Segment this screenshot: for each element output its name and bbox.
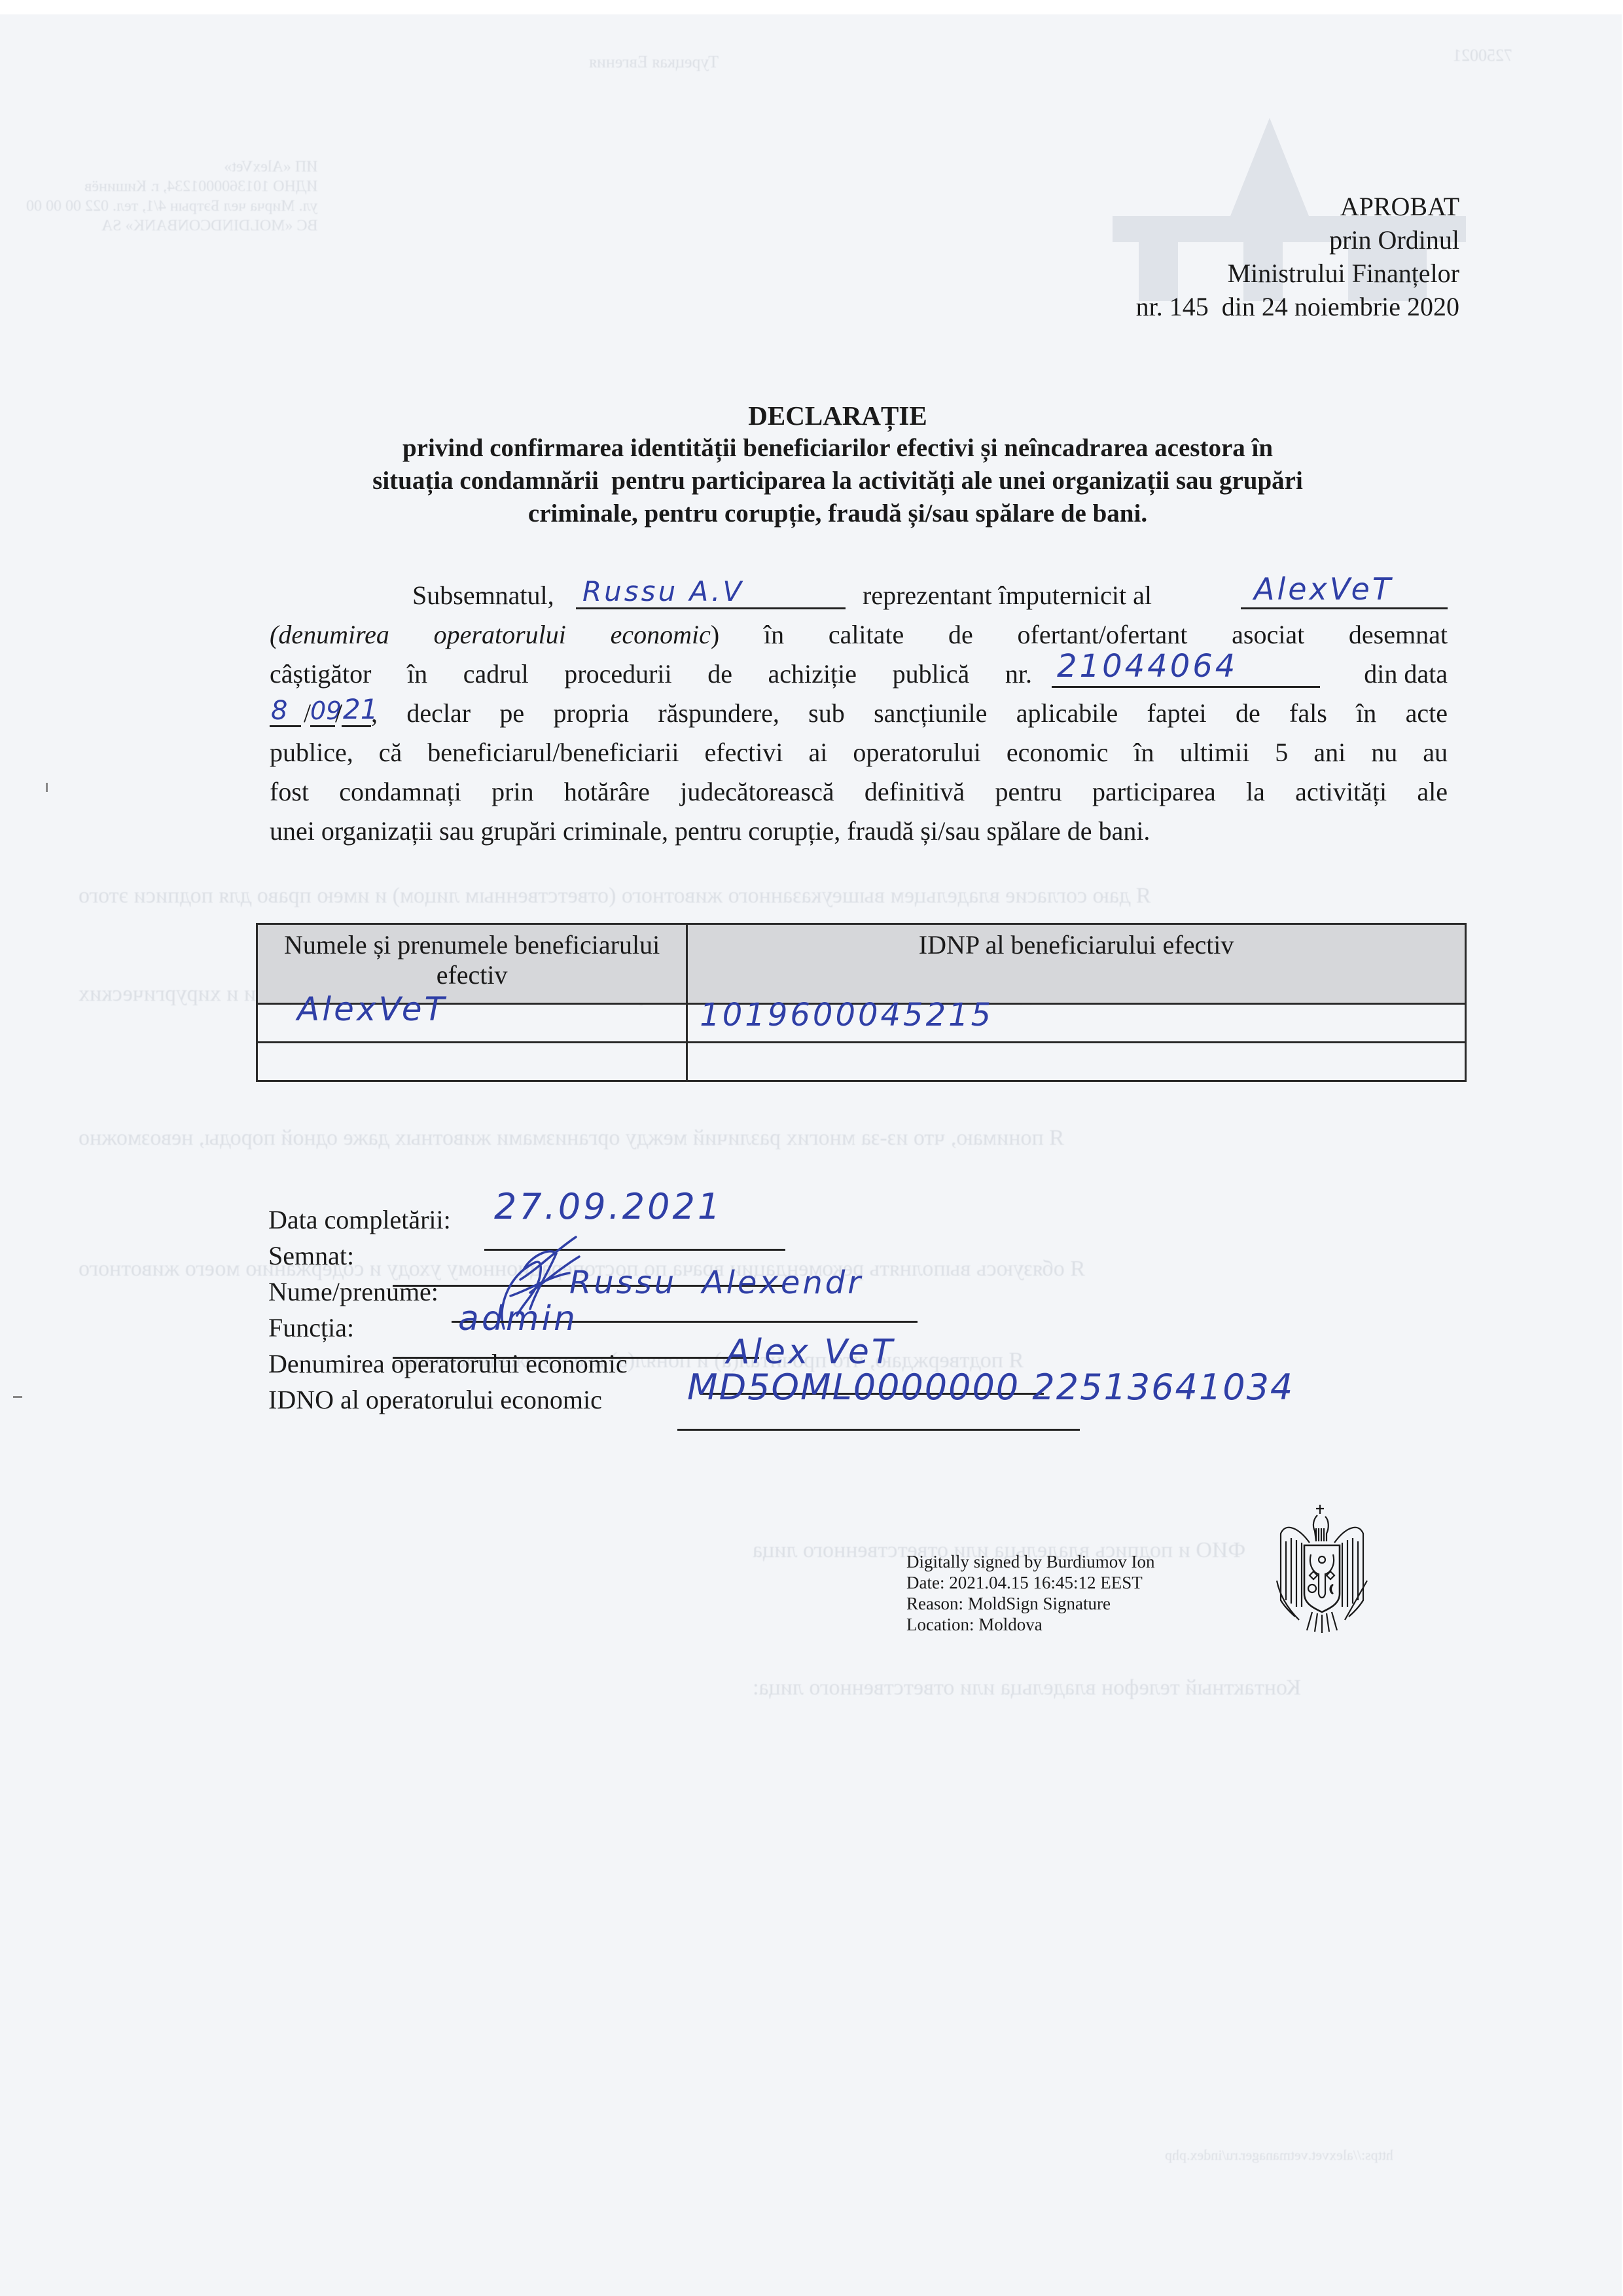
approval-block: APROBAT prin Ordinul Ministrului Finanțe… bbox=[1136, 190, 1459, 323]
cell-beneficiary-name[interactable] bbox=[257, 1043, 687, 1081]
body-line: publice, că beneficiarul/beneficiarii ef… bbox=[270, 733, 1448, 772]
operator-value: AlexVeT bbox=[1254, 569, 1393, 609]
body-line: Subsemnatul, Russu A.V reprezentant împu… bbox=[270, 576, 1448, 615]
scan-artifact bbox=[13, 1396, 22, 1398]
header-idnp: IDNP al beneficiarului efectiv bbox=[687, 924, 1466, 1004]
signature-reason: Reason: MoldSign Signature bbox=[906, 1593, 1154, 1614]
subsemnatul-label: Subsemnatul, bbox=[412, 576, 554, 615]
table-row bbox=[257, 1043, 1466, 1081]
title-subtitle-line: situația condamnării pentru participarea… bbox=[249, 465, 1427, 497]
subsemnatul-value: Russu A.V bbox=[582, 572, 744, 611]
approval-ministry: Ministrului Finanțelor bbox=[1136, 257, 1459, 290]
document-title: DECLARAȚIE privind confirmarea identităț… bbox=[249, 399, 1427, 530]
body-line: câștigător în cadrul procedurii de achiz… bbox=[270, 655, 1448, 694]
coat-of-arms-of-moldova-icon bbox=[1273, 1502, 1371, 1633]
denumire-operator-value[interactable]: Alex VeT bbox=[726, 1333, 895, 1372]
body-line: fost condamnați prin hotărâre judecătore… bbox=[270, 772, 1448, 812]
idno-line bbox=[677, 1429, 1080, 1431]
reprezentant-text: reprezentant împuternicit al bbox=[863, 576, 1152, 615]
functia-label: Funcția: bbox=[268, 1312, 354, 1343]
cell-beneficiary-idnp[interactable] bbox=[687, 1043, 1466, 1081]
bleed-through-text: https://alexvet.vetmanager.ru/index.php bbox=[1165, 2147, 1393, 2164]
body-line: unei organizații sau grupări criminale, … bbox=[270, 812, 1448, 851]
data-completarii-label: Data completării: bbox=[268, 1204, 451, 1235]
declaration-body: Subsemnatul, Russu A.V reprezentant împu… bbox=[270, 576, 1448, 851]
denumire-operator-label: Denumirea operatorului economic bbox=[268, 1348, 628, 1379]
subsemnatul-field[interactable]: Russu A.V bbox=[576, 579, 846, 609]
table-row: AlexVeT 1019600045215 bbox=[257, 1004, 1466, 1043]
din-data-text: din data bbox=[1364, 655, 1448, 694]
scanned-page: Турецкая Евгения 7250021 ИП «AlexVet» ИД… bbox=[0, 0, 1623, 2296]
bleed-through-text: Турецкая Евгения bbox=[589, 52, 719, 72]
beneficiary-name-value: AlexVeT bbox=[297, 990, 447, 1028]
beneficiary-idnp-value: 1019600045215 bbox=[700, 997, 993, 1033]
signed-by: Digitally signed by Burdiumov Ion bbox=[906, 1551, 1154, 1572]
signature-location: Location: Moldova bbox=[906, 1614, 1154, 1635]
body-line-4: , declar pe propria răspundere, sub sanc… bbox=[371, 694, 1448, 733]
idno-value[interactable]: MD5OML0000000 22513641034 bbox=[687, 1367, 1294, 1408]
cell-beneficiary-idnp[interactable]: 1019600045215 bbox=[687, 1004, 1466, 1043]
body-line-2: (denumirea operatorului economic) în cal… bbox=[270, 620, 1448, 649]
signature-date: Date: 2021.04.15 16:45:12 EEST bbox=[906, 1572, 1154, 1593]
semnat-label: Semnat: bbox=[268, 1240, 354, 1271]
body-line: (denumirea operatorului economic) în cal… bbox=[270, 615, 1448, 655]
nume-prenume-label: Nume/prenume: bbox=[268, 1276, 438, 1307]
approval-number-date: nr. 145 din 24 noiembrie 2020 bbox=[1136, 290, 1459, 323]
header-name-line: efectiv bbox=[258, 960, 686, 990]
body-line-7: unei organizații sau grupări criminale, … bbox=[270, 816, 1150, 846]
bleed-through-text: Я понимаю, что из-за многих различий меж… bbox=[79, 1126, 1064, 1151]
title-main: DECLARAȚIE bbox=[249, 399, 1427, 432]
nume-prenume-value[interactable]: Russu Alexendr bbox=[569, 1265, 863, 1301]
body-line-5: publice, că beneficiarul/beneficiarii ef… bbox=[270, 738, 1448, 767]
date-month-field[interactable]: 09 bbox=[310, 696, 335, 727]
title-subtitle-line: privind confirmarea identității benefici… bbox=[249, 432, 1427, 465]
bleed-through-text: Я даю согласие владельцем вышеуказанного… bbox=[79, 884, 1151, 908]
body-line: 8 / 09 / 21 , declar pe propria răspunde… bbox=[270, 694, 1448, 733]
operator-field[interactable]: AlexVeT bbox=[1241, 579, 1448, 609]
idno-label: IDNO al operatorului economic bbox=[268, 1384, 602, 1415]
bleed-through-text: 7250021 bbox=[1453, 46, 1512, 65]
bleed-through-text: Контактный телефон владельца или ответст… bbox=[753, 1676, 1301, 1700]
header-name-line: Numele și prenumele beneficiarului bbox=[258, 930, 686, 960]
data-completarii-value[interactable]: 27.09.2021 bbox=[494, 1186, 722, 1227]
scan-margin-top bbox=[0, 0, 1623, 14]
approval-title: APROBAT bbox=[1136, 190, 1459, 223]
procedure-text: câștigător în cadrul procedurii de achiz… bbox=[270, 655, 1032, 694]
title-subtitle-line: criminale, pentru corupție, fraudă și/sa… bbox=[249, 497, 1427, 530]
date-day-value: 8 bbox=[271, 691, 287, 730]
beneficiaries-table: Numele și prenumele beneficiarului efect… bbox=[256, 923, 1467, 1082]
procedure-number-field[interactable]: 21044064 bbox=[1052, 657, 1320, 688]
cell-beneficiary-name[interactable]: AlexVeT bbox=[257, 1004, 687, 1043]
digital-signature-block: Digitally signed by Burdiumov Ion Date: … bbox=[906, 1551, 1154, 1635]
date-year-field[interactable]: 21 bbox=[342, 696, 371, 727]
approval-order: prin Ordinul bbox=[1136, 223, 1459, 257]
bleed-through-text: ИП «AlexVet» ИДНО 1013600001234, г. Киши… bbox=[26, 157, 318, 236]
body-line-6: fost condamnați prin hotărâre judecătore… bbox=[270, 777, 1448, 806]
date-day-field[interactable]: 8 bbox=[270, 696, 301, 727]
scan-artifact bbox=[46, 783, 48, 792]
procedure-number-value: 21044064 bbox=[1057, 647, 1238, 686]
functia-value[interactable]: admin bbox=[458, 1299, 578, 1338]
